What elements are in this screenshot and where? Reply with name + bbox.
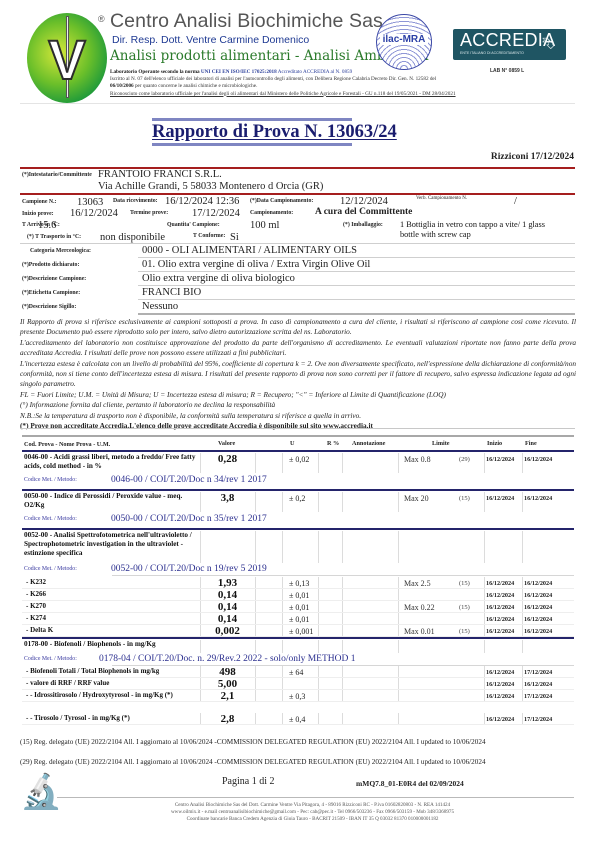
uncertainty: ± 0,3 — [289, 692, 305, 701]
arrival-temp: 15.6 — [38, 220, 56, 231]
column-divider — [398, 492, 399, 512]
column-divider — [522, 492, 523, 512]
row-divider — [22, 600, 574, 601]
uncertainty: ± 0,01 — [289, 603, 309, 612]
start-date: 16/12/2024 — [486, 716, 514, 723]
divider — [138, 313, 575, 315]
footer-address: Centro Analisi Biochimiche Sas del Dott.… — [60, 802, 565, 809]
accredia-subtitle: ENTE ITALIANO DI ACCREDITAMENTO — [460, 51, 524, 55]
transport-temp-label: (*) T Trasporto in °C: — [27, 234, 81, 240]
start-date: 16/12/2024 — [486, 669, 514, 676]
limit: Max 0.01 — [404, 627, 435, 636]
packaging-value: 1 Bottiglia in vetro con tappo a vite/ 1… — [400, 220, 560, 240]
footnote: (29) Reg. delegato (UE) 2022/2104 All. I… — [20, 758, 520, 767]
table-top-rule — [22, 435, 574, 437]
column-divider — [342, 601, 343, 612]
sample-no-label: Campione N.: — [22, 199, 56, 205]
end-date: 17/12/2024 — [524, 669, 552, 676]
test-name: 0178-00 - Biofenoli / Biophenols - in mg… — [24, 640, 202, 649]
limit-reference: (15) — [459, 495, 470, 502]
col-limit: Limite — [432, 440, 450, 447]
column-divider — [318, 613, 319, 624]
uncertainty: ± 0,2 — [289, 494, 305, 503]
limit-reference: (29) — [459, 456, 470, 463]
place-date: Rizziconi 17/12/2024 — [491, 152, 574, 162]
start-date: 16/12/2024 — [486, 628, 514, 635]
end-date: 16/12/2024 — [524, 628, 552, 635]
column-divider — [255, 601, 256, 612]
sub-test-name: - Delta K — [26, 626, 53, 634]
page-number: Pagina 1 di 2 — [222, 776, 275, 787]
t-compliant: Si — [230, 232, 239, 243]
microscope-icon: 🔬 — [20, 772, 62, 812]
column-divider — [398, 625, 399, 636]
sampling-value: A cura del Committente — [315, 207, 412, 217]
test-divider — [22, 637, 574, 639]
limit: Max 0.22 — [404, 603, 435, 612]
column-divider — [484, 640, 485, 653]
director-line: Dir. Resp. Dott. Ventre Carmine Domenico — [112, 34, 309, 46]
uncertainty: ± 0,01 — [289, 591, 309, 600]
sub-test-name: - Biofenoli Totali / Total Biophenols in… — [26, 667, 196, 676]
lab-line-3: 06/10/2006 per quanto concerne le analis… — [110, 83, 470, 90]
footnote: (15) Reg. delegato (UE) 2022/2104 All. I… — [20, 738, 520, 747]
column-divider — [398, 531, 399, 563]
limit: Max 2.5 — [404, 579, 431, 588]
test-name: 0052-00 - Analisi Spettrofotometrica nel… — [24, 531, 200, 558]
row-divider — [22, 612, 574, 613]
column-divider — [484, 589, 485, 600]
accreditation-note: (*) Prove non accreditate Accredia.L'ele… — [20, 421, 576, 431]
end-date: 16/12/2024 — [524, 456, 552, 463]
italy-map-icon: ⮷ — [542, 34, 555, 54]
column-divider — [255, 577, 256, 588]
column-divider — [342, 678, 343, 689]
end-value: 17/12/2024 — [192, 208, 240, 219]
sampling-label: Campionamento: — [250, 210, 293, 216]
row-divider — [22, 701, 574, 702]
sub-test-name: - K232 — [26, 578, 46, 586]
sub-test-name: - - Idrossitirosolo / Hydroxytyrosol - i… — [26, 691, 196, 700]
column-divider — [200, 531, 201, 563]
result-value: 3,8 — [200, 492, 255, 504]
column-divider — [318, 453, 319, 473]
sub-test-name: - K266 — [26, 590, 46, 598]
column-divider — [522, 613, 523, 624]
method-label: Codice Met. / Metodo: — [24, 516, 77, 522]
sample-no: 13063 — [77, 197, 103, 208]
registered-mark: ® — [98, 14, 105, 24]
end-date: 16/12/2024 — [524, 580, 552, 587]
title-bar-top — [152, 118, 352, 121]
footer-contact-info: www.oilmix.it - e.mail centroanalisibioc… — [60, 809, 565, 816]
row-divider — [22, 677, 574, 678]
start-date: 16/12/2024 — [486, 693, 514, 700]
packaging-label: (*) Imballaggio: — [343, 222, 383, 228]
column-divider — [342, 589, 343, 600]
table-header-rule — [22, 450, 574, 452]
disclaimer-line: Il Rapporto di prova si riferisce esclus… — [20, 317, 576, 338]
column-divider — [342, 613, 343, 624]
lab-accreditation-lines: Laboratorio Operante secondo la norma UN… — [110, 69, 470, 98]
col-r: R % — [327, 440, 339, 447]
column-divider — [282, 531, 283, 563]
col-end: Fine — [525, 440, 537, 447]
lab-line-1: Laboratorio Operante secondo la norma UN… — [110, 69, 470, 76]
seal-value: Nessuno — [142, 301, 178, 312]
column-divider — [282, 690, 283, 701]
column-divider — [398, 601, 399, 612]
column-divider — [282, 453, 283, 473]
uncertainty: ± 0,13 — [289, 579, 309, 588]
start-date: 16/12/2024 — [486, 681, 514, 688]
footer-contacts: Centro Analisi Biochimiche Sas del Dott.… — [60, 802, 565, 823]
column-divider — [318, 492, 319, 512]
column-divider — [522, 577, 523, 588]
column-divider — [522, 713, 523, 724]
transport-temp: non disponibile — [100, 232, 165, 243]
column-divider — [318, 666, 319, 677]
divider — [138, 271, 575, 272]
disclaimer-line: FL = Fuori Limite; U.M. = Unità di Misur… — [20, 390, 576, 400]
sub-test-name: - - Tirosolo / Tyrosol - in mg/Kg (*) — [26, 714, 130, 722]
divider — [138, 285, 575, 286]
column-divider — [342, 625, 343, 636]
sampling-date-label: (*)Data Campionamento: — [250, 198, 313, 204]
column-divider — [282, 601, 283, 612]
test-divider — [22, 528, 574, 530]
column-divider — [398, 613, 399, 624]
caduceus-v-logo-icon: V — [40, 32, 94, 88]
column-divider — [522, 453, 523, 473]
description-label: (*)Descrizione Campione: — [22, 276, 86, 282]
method-value: 0046-00 / COI/T.20/Doc n 34/rev 1 2017 — [111, 475, 267, 485]
start-label: Inizio prove: — [22, 211, 54, 217]
column-divider — [318, 690, 319, 701]
column-divider — [318, 601, 319, 612]
column-divider — [318, 531, 319, 563]
column-divider — [342, 531, 343, 563]
column-divider — [398, 666, 399, 677]
sampling-date: 12/12/2024 — [340, 196, 388, 207]
column-divider — [282, 577, 283, 588]
uncertainty: ± 64 — [289, 668, 303, 677]
column-divider — [484, 492, 485, 512]
row-divider — [22, 624, 574, 625]
disclaimer-line: (°) Informazione fornita dal cliente, pe… — [20, 400, 576, 410]
column-divider — [282, 625, 283, 636]
column-divider — [255, 640, 256, 653]
column-divider — [484, 453, 485, 473]
description-value: Olio extra vergine di oliva biologico — [142, 273, 295, 284]
column-divider — [398, 690, 399, 701]
column-divider — [522, 690, 523, 701]
column-divider — [484, 613, 485, 624]
ilac-mra-label: ilac-MRA — [380, 34, 428, 45]
column-divider — [318, 625, 319, 636]
column-divider — [282, 613, 283, 624]
column-divider — [522, 640, 523, 653]
column-divider — [318, 713, 319, 724]
start-value: 16/12/2024 — [70, 208, 118, 219]
test-divider — [22, 489, 574, 491]
footer-divider — [57, 797, 574, 798]
company-name: Centro Analisi Biochimiche Sas — [110, 10, 383, 33]
end-date: 16/12/2024 — [524, 604, 552, 611]
quantity-value: 100 ml — [250, 220, 279, 231]
end-date: 16/12/2024 — [524, 592, 552, 599]
header-divider — [20, 103, 575, 104]
end-label: Termine prove: — [130, 210, 168, 216]
column-divider — [282, 589, 283, 600]
column-divider — [282, 492, 283, 512]
result-value: 0,28 — [200, 453, 255, 465]
limit-reference: (15) — [459, 604, 470, 611]
start-date: 16/12/2024 — [486, 495, 514, 502]
limit-reference: (15) — [459, 580, 470, 587]
column-divider — [522, 531, 523, 563]
uncertainty: ± 0,01 — [289, 615, 309, 624]
method-value: 0050-00 / COI/T.20/Doc n 35/rev 1 2017 — [111, 514, 267, 524]
client-address: Via Achille Grandi, 5 58033 Montenero d … — [98, 181, 323, 192]
start-date: 16/12/2024 — [486, 580, 514, 587]
column-divider — [398, 577, 399, 588]
label-value: FRANCI BIO — [142, 287, 201, 298]
lab-line-2: Iscritto al N. 07 dell'elenco ufficiale … — [110, 76, 470, 83]
col-u: U — [290, 440, 294, 447]
end-date: 16/12/2024 — [524, 681, 552, 688]
divider — [138, 257, 575, 258]
sub-test-name: - valore di RRF / RRF value — [26, 679, 109, 687]
column-divider — [255, 713, 256, 724]
declared-label: (*)Prodotto dichiarato: — [22, 262, 79, 268]
column-divider — [255, 625, 256, 636]
end-date: 17/12/2024 — [524, 693, 552, 700]
column-divider — [484, 713, 485, 724]
column-divider — [522, 678, 523, 689]
end-date: 17/12/2024 — [524, 716, 552, 723]
column-divider — [255, 690, 256, 701]
column-divider — [318, 589, 319, 600]
start-date: 16/12/2024 — [486, 456, 514, 463]
column-divider — [318, 577, 319, 588]
method-label: Codice Met. / Metodo: — [24, 477, 77, 483]
limit: Max 20 — [404, 494, 429, 503]
column-divider — [484, 678, 485, 689]
sub-test-name: - K270 — [26, 602, 46, 610]
col-test: Cod. Prova - Nome Prova - U.M. — [24, 441, 110, 448]
t-compliant-label: T Conforme: — [193, 233, 225, 239]
column-divider — [522, 625, 523, 636]
column-divider — [484, 577, 485, 588]
method-label: Codice Met. / Metodo: — [24, 566, 77, 572]
column-divider — [342, 666, 343, 677]
end-date: 16/12/2024 — [524, 495, 552, 502]
sampling-report: / — [514, 196, 517, 207]
sub-test-name: - K274 — [26, 614, 46, 622]
column-divider — [484, 666, 485, 677]
row-divider — [22, 588, 574, 589]
divider — [112, 575, 574, 576]
document-reference: mMQ7.8_01-E0R4 del 02/09/2024 — [356, 779, 464, 788]
seal-label: (*)Descrizione Sigillo: — [22, 304, 76, 310]
sampling-report-label: Verb. Campionamento N. — [416, 196, 467, 201]
label-label: (*)Etichetta Campione: — [22, 290, 80, 296]
disclaimer-line: L'incertezza estesa è calcolata con un l… — [20, 359, 576, 390]
column-divider — [255, 613, 256, 624]
column-divider — [342, 690, 343, 701]
column-divider — [398, 453, 399, 473]
col-start: Inizio — [487, 440, 502, 447]
column-divider — [200, 640, 201, 653]
column-divider — [398, 713, 399, 724]
test-name: 0050-00 - Indice di Perossidi / Peroxide… — [24, 492, 202, 510]
column-divider — [255, 453, 256, 473]
footer-bank-info: Coordinate bancarie Banca Credem Agenzia… — [60, 816, 565, 823]
column-divider — [255, 666, 256, 677]
column-divider — [484, 690, 485, 701]
quantity-label: Quantita' Campione: — [167, 222, 220, 228]
category-label: Categoria Merceologica: — [30, 248, 91, 254]
lab-line-4: Riconosciuto come laboratorio ufficiale … — [110, 91, 470, 98]
client-label: (*)Intestatario/Committente — [22, 172, 92, 178]
column-divider — [484, 625, 485, 636]
column-divider — [522, 601, 523, 612]
column-divider — [282, 713, 283, 724]
start-date: 16/12/2024 — [486, 592, 514, 599]
column-divider — [398, 589, 399, 600]
method-label: Codice Met. / Metodo: — [24, 656, 77, 662]
column-divider — [398, 640, 399, 653]
column-divider — [484, 531, 485, 563]
received-value: 16/12/2024 12:36 — [165, 196, 239, 207]
start-date: 16/12/2024 — [486, 604, 514, 611]
divider — [20, 243, 575, 244]
uncertainty: ± 0,001 — [289, 627, 313, 636]
limit-reference: (15) — [459, 628, 470, 635]
column-divider — [255, 531, 256, 563]
client-divider — [20, 193, 575, 195]
divider — [138, 299, 575, 300]
uncertainty: ± 0,4 — [289, 715, 305, 724]
column-divider — [318, 678, 319, 689]
limit: Max 0.8 — [404, 455, 431, 464]
method-value: 0052-00 / COI/T.20/Doc n 19/rev 5 2019 — [111, 564, 267, 574]
col-value: Valore — [218, 440, 235, 447]
declared-value: 01. Olio extra vergine di oliva / Extra … — [142, 259, 370, 270]
row-divider — [22, 689, 574, 690]
column-divider — [342, 713, 343, 724]
col-annotation: Annotazione — [352, 440, 385, 447]
column-divider — [342, 577, 343, 588]
received-label: Data ricevimento: — [113, 198, 158, 204]
disclaimer-line: L'accreditamento del laboratorio non cos… — [20, 338, 576, 359]
divider — [112, 665, 574, 666]
category-value: 0000 - OLI ALIMENTARI / ALIMENTARY OILS — [142, 245, 357, 256]
column-divider — [282, 640, 283, 653]
column-divider — [282, 678, 283, 689]
disclaimer: Il Rapporto di prova si riferisce esclus… — [20, 317, 576, 431]
column-divider — [255, 589, 256, 600]
column-divider — [522, 666, 523, 677]
lab-number: LAB N° 0859 L — [490, 68, 524, 74]
uncertainty: ± 0,02 — [289, 455, 309, 464]
column-divider — [342, 453, 343, 473]
column-divider — [255, 492, 256, 512]
report-title: Rapporto di Prova N. 13063/24 — [152, 122, 352, 143]
column-divider — [255, 678, 256, 689]
row-divider — [22, 724, 574, 725]
method-value: 0178-04 / COI/T.20/Doc. n. 29/Rev.2 2022… — [99, 654, 355, 664]
client-name: FRANTOIO FRANCI S.R.L. — [98, 169, 222, 180]
column-divider — [342, 640, 343, 653]
column-divider — [484, 601, 485, 612]
end-date: 16/12/2024 — [524, 616, 552, 623]
test-name: 0046-00 - Acidi grassi liberi, metodo a … — [24, 453, 202, 471]
divider — [20, 428, 575, 429]
column-divider — [342, 492, 343, 512]
column-divider — [398, 678, 399, 689]
start-date: 16/12/2024 — [486, 616, 514, 623]
column-divider — [318, 640, 319, 653]
column-divider — [282, 666, 283, 677]
column-divider — [522, 589, 523, 600]
title-bar-bottom — [152, 143, 352, 146]
disclaimer-line: N.B.:Se la temperatura di trasporto non … — [20, 411, 576, 421]
